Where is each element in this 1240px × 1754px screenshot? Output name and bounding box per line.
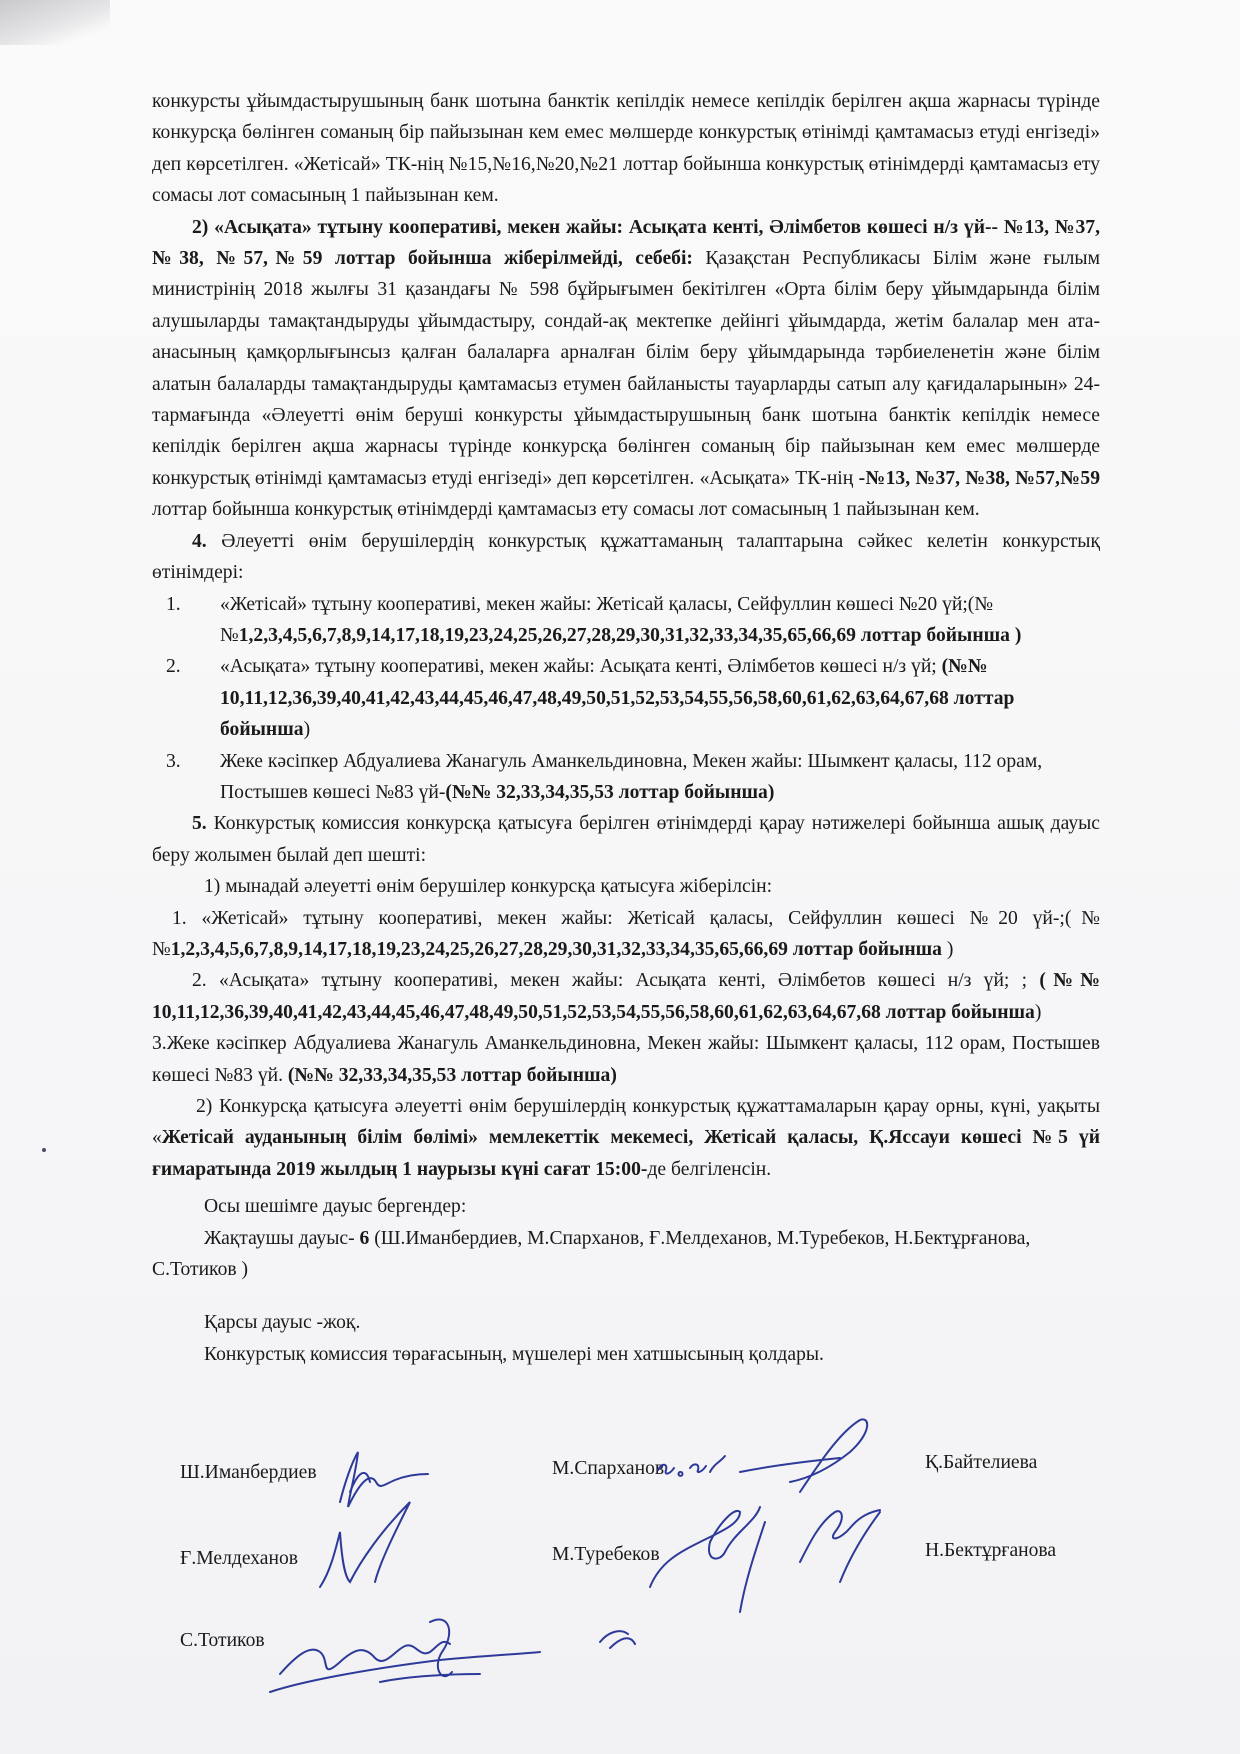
admitted-bidder-1: 1. «Жетісай» тұтыну кооперативі, мекен ж… — [152, 903, 1100, 966]
bidder-lots: (№№ 32,33,34,35,53 лоттар бойынша) — [445, 782, 774, 803]
scanned-page: конкурсты ұйымдастырушының банк шотына б… — [0, 0, 1240, 1754]
list-body: «Жетісай» тұтыну кооперативі, мекен жайы… — [206, 589, 1100, 652]
venue-details: Жетісай ауданының білім бөлімі» мемлекет… — [152, 1127, 1100, 1179]
handwritten-signatures — [180, 1412, 1110, 1712]
scan-corner-shadow — [0, 0, 110, 45]
section-5-number: 5. — [192, 813, 207, 834]
asykata-rejection-reason: Қазақстан Республикасы Білім және ғылым … — [152, 248, 1100, 489]
list-number: 1. — [152, 589, 206, 652]
admitted-bidder-tail: ) — [1035, 1002, 1042, 1023]
list-number: 3. — [152, 746, 206, 809]
admitted-bidder-lots: 1,2,3,4,5,6,7,8,9,14,17,18,19,23,24,25,2… — [171, 939, 942, 960]
section-4-heading: 4. Әлеуетті өнім берушілердің конкурстық… — [152, 526, 1100, 589]
section-4-number: 4. — [192, 531, 207, 552]
compliant-bid-3: 3. Жеке кәсіпкер Абдуалиева Жанагуль Ама… — [152, 746, 1100, 809]
bidder-address: «Асықата» тұтыну кооперативі, мекен жайы… — [220, 656, 942, 677]
compliant-bid-1: 1. «Жетісай» тұтыну кооперативі, мекен ж… — [152, 589, 1100, 652]
decision-1-heading: 1) мынадай әлеуетті өнім берушілер конку… — [152, 871, 1100, 902]
admitted-bidder-tail: ) — [942, 939, 953, 960]
votes-for-count: 6 — [360, 1228, 370, 1249]
bidder-tail: ) — [304, 719, 311, 740]
admitted-bidder-3: 3.Жеке кәсіпкер Абдуалиева Жанагуль Аман… — [152, 1028, 1100, 1091]
admitted-bidder-2: 2. «Асықата» тұтыну кооперативі, мекен ж… — [152, 965, 1100, 1028]
votes-for: Жақтаушы дауыс- 6 (Ш.Иманбердиев, М.Спар… — [152, 1223, 1100, 1286]
admitted-bidder-address: 2. «Асықата» тұтыну кооперативі, мекен ж… — [192, 970, 1039, 991]
asykata-rejected-lots: -№13, №37, №38, №57,№59 — [859, 468, 1100, 489]
section-5-heading: 5. Конкурстық комиссия конкурсқа қатысуғ… — [152, 808, 1100, 871]
paragraph-asykata-rejection: 2) «Асықата» тұтыну кооперативі, мекен ж… — [152, 212, 1100, 526]
section-4-text: Әлеуетті өнім берушілердің конкурстық құ… — [152, 531, 1100, 583]
decision-2-venue: 2) Конкурсқа қатысуға әлеуетті өнім беру… — [152, 1091, 1100, 1185]
asykata-rejection-tail: лоттар бойынша конкурстық өтінімдерді қа… — [152, 499, 980, 520]
list-number: 2. — [152, 651, 206, 745]
signature-block: Ш.Иманбердиев М.Спарханов Қ.Байтелиева Ғ… — [180, 1452, 1110, 1732]
list-body: «Асықата» тұтыну кооперативі, мекен жайы… — [206, 651, 1100, 745]
venue-tail: де белгіленсін. — [647, 1159, 771, 1180]
signatures-title: Конкурстық комиссия төрағасының, мүшелер… — [152, 1339, 1100, 1370]
scan-speck — [42, 1148, 46, 1152]
compliant-bid-2: 2. «Асықата» тұтыну кооперативі, мекен ж… — [152, 651, 1100, 745]
vote-intro: Осы шешімге дауыс бергендер: — [152, 1191, 1100, 1222]
bidder-lots: 1,2,3,4,5,6,7,8,9,14,17,18,19,23,24,25,2… — [239, 625, 1022, 646]
section-5-text: Конкурстық комиссия конкурсқа қатысуға б… — [152, 813, 1100, 865]
votes-against: Қарсы дауыс -жоқ. — [152, 1307, 1100, 1338]
votes-for-label: Жақтаушы дауыс- — [204, 1228, 360, 1249]
admitted-bidder-lots: (№№ 32,33,34,35,53 лоттар бойынша) — [288, 1065, 617, 1086]
document-body: конкурсты ұйымдастырушының банк шотына б… — [152, 86, 1100, 1370]
list-body: Жеке кәсіпкер Абдуалиева Жанагуль Аманке… — [206, 746, 1100, 809]
paragraph-zhetisai-reason: конкурсты ұйымдастырушының банк шотына б… — [152, 86, 1100, 212]
